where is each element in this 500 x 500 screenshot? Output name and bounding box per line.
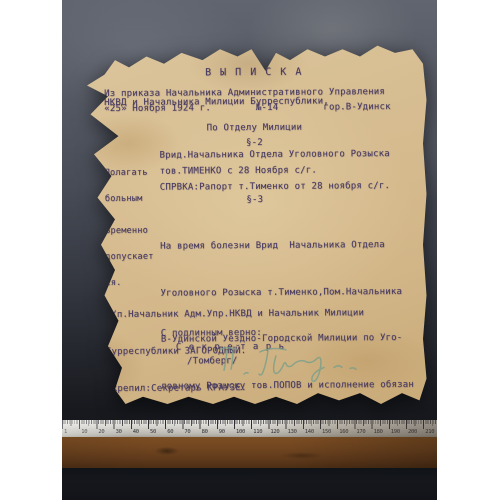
doc-paragraph-mark: §-2 [79, 137, 429, 149]
paper-sheet: В Ы П И С К А Из приказа Начальника Адми… [80, 42, 430, 404]
doc-title: В Ы П И С К А [79, 67, 429, 79]
doc-paragraph-mark: §-3 [80, 194, 430, 206]
doc-body-line: тов.ТИМЕНКО с 28 Ноября с/г. [160, 166, 317, 177]
paper-content: В Ы П И С К А Из приказа Начальника Адми… [79, 41, 432, 405]
screenshot: В Ы П И С К А Из приказа Начальника Адми… [0, 0, 500, 500]
document-paper: В Ы П И С К А Из приказа Начальника Адми… [80, 42, 430, 404]
doc-section-heading: По Отделу Милиции [79, 122, 429, 134]
doc-spravka-line: СПРВКА:Рапорт т.Тименко от 28 ноября с/г… [160, 181, 390, 193]
ruler-shade [62, 420, 437, 437]
handwritten-signature [216, 337, 376, 386]
doc-header-line: «25» Ноября 1924 г. №-14 гор.В-Удинск [104, 102, 391, 114]
wooden-table-edge [62, 437, 437, 468]
doc-certify-line: С подлинным верно: [161, 328, 262, 339]
ruler: 1102030405060708090100110120130140150160… [62, 420, 437, 437]
dark-backdrop [62, 468, 437, 500]
document-photo: В Ы П И С К А Из приказа Начальника Адми… [62, 0, 437, 500]
doc-body-line: Врид.Начальника Отдела Уголовного Розыск… [159, 149, 389, 161]
